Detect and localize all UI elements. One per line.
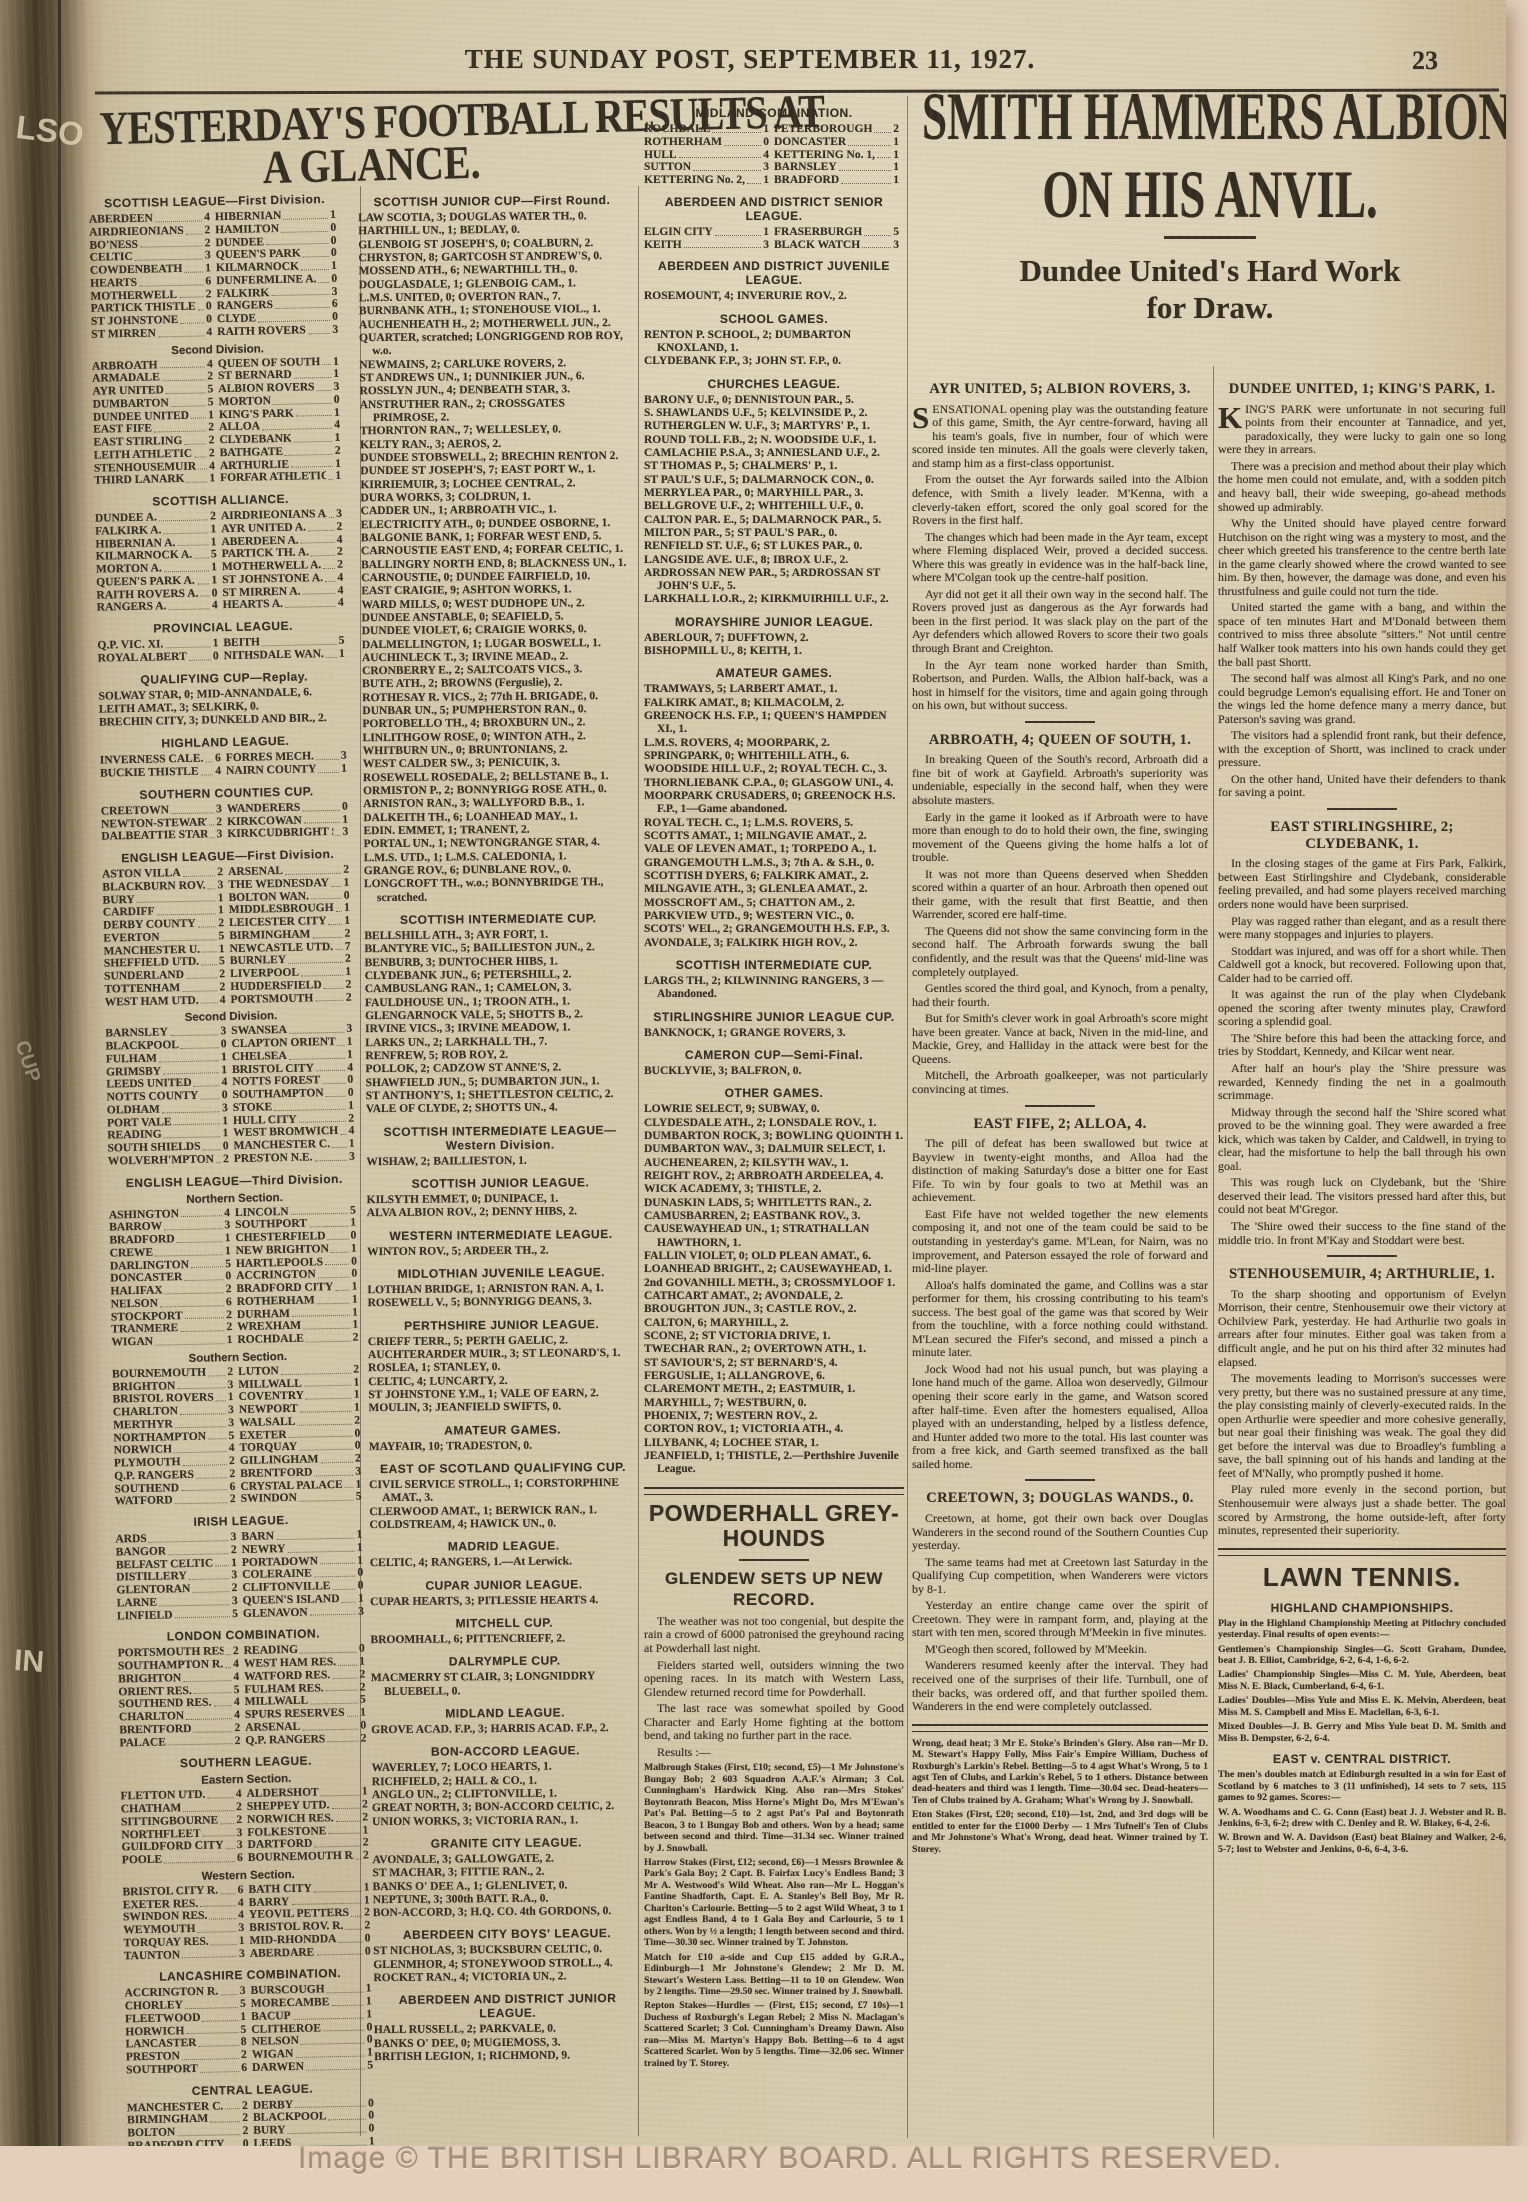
dot-leader (191, 409, 206, 419)
home-team: BARROW (109, 1221, 162, 1235)
home-pair: KETTERING No. 2,1 (644, 174, 774, 187)
dot-leader (200, 766, 213, 776)
home-score: 2 (205, 237, 216, 250)
dot-leader (182, 2049, 239, 2060)
away-score: 1 (335, 457, 346, 470)
article-scoreline: DUNDEE UNITED, 1; KING'S PARK, 1. (1224, 381, 1500, 398)
away-score: 1 (360, 1707, 371, 1720)
dot-leader (712, 123, 761, 133)
away-score: 2 (348, 1112, 359, 1125)
article-paragraph: Results :— (644, 1746, 904, 1760)
away-score: 1 (355, 1478, 366, 1491)
away-pair: Q.P. RANGERS2 (245, 1732, 371, 1747)
dot-leader (158, 326, 205, 337)
home-team: CARDIFF (103, 906, 155, 920)
away-score: 1 (351, 1242, 362, 1255)
result-line: BROUGHTON JUN., 3; CASTLE ROV., 2. (644, 1303, 904, 1316)
away-team: NEWPORT (239, 1403, 298, 1417)
dot-leader (200, 2062, 240, 2073)
away-score: 3 (358, 1605, 369, 1618)
away-team: STOKE (233, 1101, 273, 1115)
result-line: ST THOMAS P., 5; CHALMERS' P., 1. (644, 460, 904, 473)
home-score: 2 (242, 2125, 253, 2138)
dot-leader (198, 460, 207, 470)
dot-leader (289, 1049, 345, 1060)
away-score: 0 (368, 2097, 379, 2110)
section-header: EAST v. CENTRAL DISTRICT. (1218, 1752, 1506, 1766)
dot-leader (168, 1735, 233, 1746)
small-print-paragraph: Ladies' Championship Singles—Miss C. M. … (1218, 1669, 1506, 1692)
section-header: MORAYSHIRE JUNIOR LEAGUE. (644, 615, 904, 629)
home-score: 5 (232, 1608, 243, 1621)
article-paragraph: The 'Shire owed their success to the fin… (1218, 1220, 1506, 1247)
small-print-paragraph: Wrong, dead heat; 3 Mr E. Stoke's Brinde… (912, 1738, 1208, 1807)
home-score: 4 (221, 1077, 232, 1090)
article-scoreline: CREETOWN, 3; DOUGLAS WANDS., 0. (918, 1490, 1202, 1507)
dot-leader (327, 1983, 364, 1993)
away-team: BACUP (251, 2010, 291, 2024)
dot-leader (262, 419, 333, 430)
home-score: 4 (206, 326, 217, 339)
article-column-1: AYR UNITED, 5; ALBION ROVERS, 3.SENSATIO… (912, 372, 1208, 1858)
away-pair: SWINDON5 (241, 1491, 367, 1506)
dot-leader (316, 1945, 363, 1956)
away-score: 4 (348, 1125, 359, 1138)
result-line: GREAT NORTH, 3; BON-ACCORD CELTIC, 2. (372, 1800, 640, 1816)
result-line: ALVA ALBION ROV., 2; DENNY HIBS, 2. (367, 1205, 635, 1221)
home-score: 3 (216, 829, 227, 842)
result-line: ST JOHNSTONE Y.M., 1; VALE OF EARN, 2. (368, 1387, 636, 1403)
home-score: 0 (225, 1270, 236, 1283)
away-score: 6 (332, 298, 343, 311)
home-team: BUCKIE THISTLE (100, 766, 199, 781)
result-line: CALTON, 6; MARYHILL, 2. (644, 1317, 904, 1330)
home-score: 2 (217, 866, 228, 879)
home-team: NORWICH (114, 1444, 173, 1458)
away-score: 3 (342, 826, 353, 839)
home-score: 2 (209, 434, 220, 447)
section-header: EAST OF SCOTLAND QUALIFYING CUP. (369, 1460, 637, 1476)
home-team: WATFORD (115, 1495, 173, 1509)
dot-leader (323, 559, 335, 569)
dot-leader (198, 301, 205, 311)
dot-leader (276, 1529, 355, 1540)
section-header: ENGLISH LEAGUE—First Division. (102, 847, 354, 866)
away-team: READING (244, 1644, 299, 1658)
away-team: TORQUAY (240, 1441, 298, 1455)
result-line: TWECHAR RAN., 2; OVERTOWN ATH., 1. (644, 1343, 904, 1356)
result-line: JEANFIELD, 1; THISTLE, 2.—Perthshire Juv… (644, 1450, 904, 1477)
dot-leader (275, 298, 330, 309)
home-score: 0 (212, 587, 223, 600)
home-score: 2 (210, 510, 221, 523)
away-team: FALKIRK (216, 287, 269, 301)
away-score: 2 (355, 1453, 366, 1466)
home-score: 0 (213, 650, 224, 663)
home-team: ROCHDALE (644, 123, 710, 136)
away-score: 1 (343, 877, 354, 890)
home-team: RANGERS A. (97, 600, 167, 614)
home-team: HULL (644, 149, 677, 162)
home-score: 1 (205, 262, 216, 275)
away-score: 2 (343, 864, 354, 877)
dot-leader (177, 2125, 240, 2136)
article-paragraph: It was not more than Queens deserved whe… (912, 868, 1208, 922)
dot-leader (345, 1920, 362, 1930)
away-team: Q.P. RANGERS (245, 1733, 325, 1747)
small-print-paragraph: Harrow Stakes (First, £12; second, £6)—1… (644, 1857, 904, 1949)
result-line: ARDROSSAN NEW PAR., 5; ARDROSSAN ST JOHN… (644, 567, 904, 594)
dot-leader (326, 1681, 358, 1691)
spine-groove (58, 0, 61, 2146)
home-pair: PALACE2 (119, 1735, 245, 1750)
away-score: 5 (893, 226, 904, 239)
home-team: BRADFORD CITY (127, 2138, 224, 2146)
away-team: DERBY (253, 2099, 294, 2113)
result-line: BISHOPMILL U., 8; KEITH, 1. (644, 645, 904, 658)
dot-leader (304, 1376, 352, 1387)
dot-leader (182, 1948, 237, 1959)
home-team: KETTERING No. 2, (644, 174, 745, 187)
section-header: LANCASHIRE COMBINATION. (124, 1966, 376, 1985)
away-score: 0 (331, 247, 342, 260)
result-line: DUMBARTON WAV., 3; DALMUIR SELECT, 1. (644, 1143, 904, 1156)
away-score: 0 (368, 2110, 379, 2123)
page-number: 23 (1412, 46, 1438, 76)
section-header: HIGHLAND CHAMPIONSHIPS. (1218, 1601, 1506, 1615)
away-score: 1 (339, 647, 350, 660)
home-score: 2 (206, 288, 217, 301)
home-score: 6 (215, 753, 226, 766)
dot-leader (171, 803, 214, 814)
dot-leader (184, 1309, 224, 1320)
dot-leader (321, 1786, 360, 1797)
result-line: GROVE ACAD. F.P., 3; HARRIS ACAD. F.P., … (371, 1722, 639, 1738)
result-line: LOTHIAN BRIDGE, 1; ARNISTON RAN. A, 1. (367, 1282, 635, 1298)
dot-leader (271, 285, 330, 296)
article-paragraph: Ayr did not get it all their own way in … (912, 588, 1208, 656)
small-print-paragraph: Eton Stakes (First, £20; second, £10)—1s… (912, 1809, 1208, 1855)
away-score: 2 (335, 444, 346, 457)
section-header: SCOTTISH INTERMEDIATE CUP. (644, 958, 904, 972)
away-team: DONCASTER (774, 136, 846, 149)
home-score: 4 (212, 599, 223, 612)
result-line: FALLIN VIOLET, 0; OLD PLEAN AMAT., 6. (644, 1250, 904, 1263)
away-score: 0 (360, 1719, 371, 1732)
home-score: 2 (242, 2100, 253, 2113)
headline-divider (1164, 236, 1256, 239)
results-headline: YESTERDAY'S FOOTBALL RESULTS AT A GLANCE… (99, 87, 643, 194)
home-score: 3 (240, 1985, 251, 1998)
dot-leader (194, 1684, 232, 1695)
away-pair: ABERDARE0 (250, 1945, 376, 1960)
away-score: 1 (335, 470, 346, 483)
home-team: FULHAM (106, 1053, 157, 1067)
result-line: AUCHTERARDER MUIR., 3; ST LEONARD'S, 1. (368, 1347, 636, 1363)
dot-leader (327, 1230, 348, 1240)
away-score: 1 (349, 1138, 360, 1151)
dot-leader (287, 2123, 366, 2134)
home-score: 5 (211, 548, 222, 561)
results-column-3: MIDLAND COMBINATION.ROCHDALE1PETERBOROUG… (644, 98, 904, 2072)
dot-leader (288, 953, 343, 964)
home-pair: WEST HAM UTD.4 (105, 994, 231, 1009)
section-header: SCOTTISH ALLIANCE. (94, 491, 346, 510)
home-score: 6 (205, 275, 216, 288)
home-team: ELGIN CITY (644, 226, 713, 239)
dot-leader (306, 2060, 365, 2071)
home-score: 3 (222, 1102, 233, 1115)
dot-leader (173, 1115, 220, 1126)
away-score: 4 (338, 584, 349, 597)
away-team: WALSALL (239, 1416, 295, 1430)
small-print-paragraph: The men's doubles match at Edinburgh res… (1218, 1769, 1506, 1803)
away-score: 1 (357, 1554, 368, 1567)
away-score: 3 (341, 750, 352, 763)
home-pair: LINFIELD5 (117, 1608, 243, 1623)
dot-leader (184, 262, 203, 272)
away-team: NEWRY (242, 1543, 286, 1557)
away-team: CLYDE (217, 312, 256, 326)
home-team: LARNE (117, 1597, 158, 1611)
result-line: BANKNOCK, 1; GRANGE ROVERS, 3. (644, 1027, 904, 1040)
dot-leader (311, 890, 342, 900)
dot-leader (314, 1466, 353, 1477)
home-score: 3 (220, 1026, 231, 1039)
away-team: BLACK WATCH (774, 239, 860, 252)
home-score: 3 (217, 879, 228, 892)
dot-leader (335, 941, 343, 951)
result-line: MOSSCROFT AM., 5; CHATTON AM., 2. (644, 897, 904, 910)
home-score: 1 (763, 123, 774, 136)
section-subheadline: GLENDEW SETS UP NEW RECORD. (644, 1569, 904, 1610)
article-paragraph: The Queens did not show the same convinc… (912, 925, 1208, 979)
home-score: 1 (225, 1245, 236, 1258)
away-score: 0 (351, 1230, 362, 1243)
section-header: GRANITE CITY LEAGUE. (372, 1835, 640, 1851)
result-line: PARKVIEW UTD., 9; WESTERN VIC., 0. (644, 910, 904, 923)
home-team: PALACE (119, 1736, 166, 1750)
result-line: CARNOUSTIE, 0; DUNDEE FAIRFIELD, 10. (361, 570, 629, 586)
result-line: MOULIN, 3; JEANFIELD SWIFTS, 0. (368, 1400, 636, 1416)
dot-leader (164, 1852, 235, 1863)
home-team: SUTTON (644, 161, 691, 174)
away-team: NELSON (251, 2035, 299, 2049)
home-pair: ROCHDALE1 (644, 123, 774, 136)
dot-leader (198, 2037, 239, 2048)
away-score: 1 (333, 368, 344, 381)
result-line: VALE OF CLYDE, 2; SHOTTS UN., 4. (366, 1101, 634, 1117)
home-score: 1 (218, 892, 229, 905)
divider-rule (1025, 721, 1095, 723)
home-score: 3 (228, 1404, 239, 1417)
dot-leader (226, 2138, 241, 2146)
away-team: NAIRN COUNTY (226, 764, 317, 779)
result-line: LILYBANK, 4; LOCHEE STAR, 1. (644, 1437, 904, 1450)
away-team: DUNDEE (215, 236, 264, 250)
result-line: LOWRIE SELECT, 9; SUBWAY, 0. (644, 1103, 904, 1116)
home-score: 3 (763, 239, 774, 252)
section-header: BON-ACCORD LEAGUE. (371, 1743, 639, 1759)
home-pair: SUTTON3 (644, 161, 774, 174)
small-print-paragraph: W. A. Woodhams and C. G. Conn (East) bea… (1218, 1807, 1506, 1830)
home-score: 1 (231, 1557, 242, 1570)
dot-leader (345, 1478, 354, 1488)
dot-leader (186, 1709, 232, 1720)
result-line: FALKIRK AMAT., 8; KILMACOLM, 2. (644, 697, 904, 710)
away-score: 0 (348, 1087, 359, 1100)
home-team: ROTHERHAM (644, 136, 722, 149)
section-header: AMATEUR GAMES. (644, 666, 904, 680)
article-paragraph: Wanderers resumed keenly after the inter… (912, 1659, 1208, 1713)
dot-leader (213, 1697, 232, 1707)
article-paragraph: It was against the run of the play when … (1218, 988, 1506, 1029)
away-score: 0 (330, 221, 341, 234)
home-team: DUNDEE A. (95, 511, 157, 525)
home-score: 5 (207, 383, 218, 396)
away-score: 2 (336, 520, 347, 533)
result-line: LOANHEAD BRIGHT., 2; CAUSEWAYHEAD, 1. (644, 1263, 904, 1276)
result-line: THORNLIEBANK C.P.A., 0; GLASGOW UNI., 4. (644, 777, 904, 790)
home-team: BO'NESS (89, 238, 138, 252)
dot-leader (340, 1125, 347, 1135)
result-line: BELLGROVE U.F., 2; WHITEHILL U.F., 0. (644, 500, 904, 513)
home-score: 0 (221, 1038, 232, 1051)
away-pair: PRESTON N.E.3 (234, 1150, 360, 1165)
away-score: 0 (344, 889, 355, 902)
away-score: 2 (361, 1732, 372, 1745)
dot-leader (351, 1907, 362, 1917)
result-line: BROOMHALL, 6; PITTENCRIEFF, 2. (370, 1632, 638, 1648)
dot-leader (338, 1036, 345, 1046)
home-score: 3 (231, 1531, 242, 1544)
dot-leader (323, 2021, 365, 2032)
result-line: ST PAUL'S U.F., 5; DALMARNOCK CON., 0. (644, 474, 904, 487)
away-score: 1 (344, 915, 355, 928)
home-score: 4 (215, 765, 226, 778)
dot-leader (193, 1722, 232, 1733)
dot-leader (338, 1656, 357, 1666)
away-score: 2 (345, 953, 356, 966)
home-team: ARDS (115, 1533, 147, 1546)
away-score: 0 (332, 311, 343, 324)
home-team: WEST HAM UTD. (105, 994, 199, 1009)
dot-leader (186, 969, 218, 979)
article-scoreline: EAST FIFE, 2; ALLOA, 4. (918, 1116, 1202, 1133)
dot-leader (291, 457, 333, 468)
home-score: 5 (240, 1998, 251, 2011)
home-score: 1 (221, 1064, 232, 1077)
section-header: MITCHELL CUP. (370, 1615, 638, 1631)
dot-leader (208, 879, 216, 889)
home-score: 2 (216, 816, 227, 829)
home-score: 2 (218, 917, 229, 930)
dot-leader (864, 226, 891, 236)
dot-leader (197, 1922, 236, 1933)
result-line: BUCKLYVIE, 3; BALFRON, 0. (644, 1065, 904, 1078)
divider-rule (1025, 1105, 1095, 1107)
away-score: 3 (332, 285, 343, 298)
home-score: 2 (207, 370, 218, 383)
away-score: 7 (345, 940, 356, 953)
dot-leader (332, 1138, 347, 1148)
away-score: 1 (352, 1306, 363, 1319)
article-paragraph: Mitchell, the Arbroath goalkeeper, was n… (912, 1069, 1208, 1096)
dot-leader (299, 1491, 354, 1502)
away-pair: RAITH ROVERS3 (217, 323, 343, 338)
away-score: 1 (357, 1541, 368, 1554)
home-team: BRIGHTON (118, 1672, 181, 1686)
away-team: BARN (241, 1531, 274, 1544)
article-scoreline: ARBROATH, 4; QUEEN OF SOUTH, 1. (918, 732, 1202, 749)
result-line: PORTAL UN., 1; NEWTONGRANGE STAR, 4. (363, 836, 631, 852)
home-score: 1 (221, 1051, 232, 1064)
dot-leader (325, 1255, 349, 1265)
section-header: PERTHSHIRE JUNIOR LEAGUE. (368, 1316, 636, 1332)
away-pair: BRADFORD1 (774, 174, 904, 187)
home-score: 6 (230, 1481, 241, 1494)
article-paragraph: Fielders started well, outsiders winning… (644, 1659, 904, 1700)
dot-leader (140, 237, 203, 248)
dot-leader (314, 1837, 361, 1848)
home-score: 8 (241, 2036, 252, 2049)
dot-leader (314, 1151, 347, 1161)
away-team: DARWEN (252, 2061, 304, 2075)
home-score: 4 (209, 460, 220, 473)
result-line: MILTON PAR., 5; ST PAUL'S PAR., 0. (644, 527, 904, 540)
home-team: WIGAN (111, 1336, 153, 1350)
home-score: 0 (223, 1140, 234, 1153)
dot-leader (183, 1801, 234, 1812)
dot-leader (335, 902, 342, 912)
result-line: ANSTRUTHER RAN., 2; CROSSGATES PRIMROSE,… (360, 396, 628, 425)
away-score: 3 (346, 1023, 357, 1036)
away-score: 4 (337, 533, 348, 546)
home-score: 3 (216, 803, 227, 816)
away-pair: BLACK WATCH3 (774, 239, 904, 252)
section-header: MIDLAND COMBINATION. (644, 106, 904, 120)
away-team: BOURNEMOUTH R. (248, 1850, 354, 1865)
article-paragraph: Alloa's halfs dominated the game, and Co… (912, 1279, 1208, 1360)
home-team: EVERTON (103, 931, 160, 945)
section-header: SCOTTISH JUNIOR LEAGUE. (366, 1175, 634, 1191)
home-team: LINFIELD (117, 1609, 173, 1623)
dot-leader (328, 470, 333, 480)
away-score: 2 (337, 546, 348, 559)
home-pair: THIRD LANARK1 (94, 472, 220, 487)
result-line: PHOENIX, 7; WESTERN ROV., 2. (644, 1410, 904, 1423)
dot-leader (290, 1204, 348, 1215)
article-paragraph: Midway through the second half the 'Shir… (1218, 1106, 1506, 1174)
home-score: 2 (232, 1582, 243, 1595)
result-line: BON-ACCORD, 3; H.Q. CO. 4th GORDONS, 0. (373, 1905, 641, 1921)
home-team: NELSON (111, 1298, 159, 1312)
dot-leader (176, 1232, 222, 1243)
dot-leader (301, 260, 329, 270)
result-line: CHRYSTON, 8; GARTCOSH ST ANDREW'S, 0. (358, 250, 626, 266)
section-header: ABERDEEN AND DISTRICT SENIOR LEAGUE. (644, 195, 904, 223)
result-line: WINTON ROV., 5; ARDEER TH., 2. (367, 1243, 635, 1259)
away-team: SWANSEA (231, 1024, 287, 1038)
dot-leader (285, 445, 333, 456)
dot-leader (315, 991, 344, 1001)
home-score: 3 (227, 1379, 238, 1392)
main-headline-line2: ON HIS ANVIL. (910, 156, 1506, 234)
dot-leader (202, 1140, 220, 1150)
small-print-paragraph: Mixed Doubles—J. B. Gerry and Miss Yule … (1218, 1721, 1506, 1744)
result-line: BRITISH LEGION, 1; RICHMOND, 9. (374, 2049, 642, 2065)
dot-leader (156, 905, 216, 916)
